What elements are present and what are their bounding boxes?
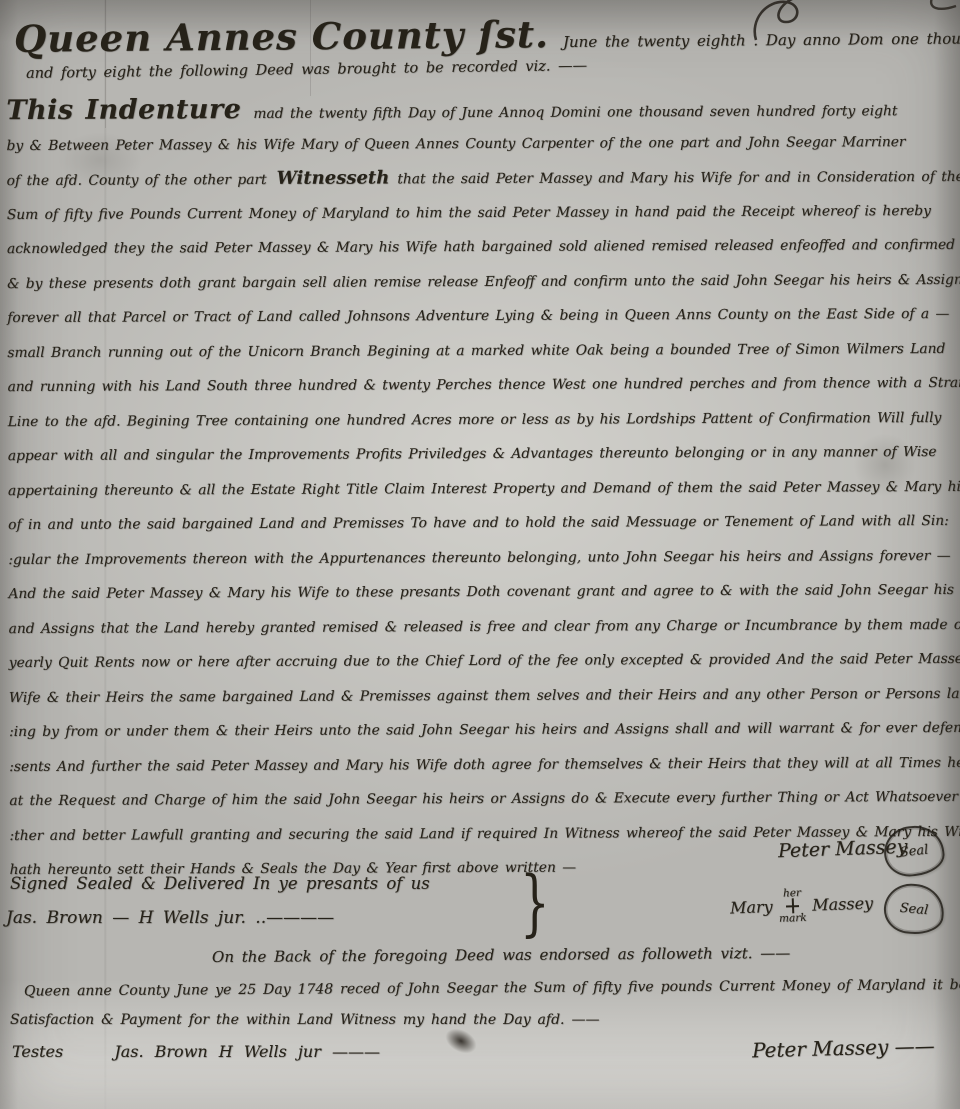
mary-first-name: Mary (730, 897, 773, 917)
deed-witnesseth-line: of the afd. County of the other partWitn… (7, 159, 953, 198)
recording-caption: Queen Annes County ſst.June the twenty e… (14, 7, 960, 61)
deed-body-line: Wife & their Heirs the same bargained La… (9, 676, 955, 715)
mary-surname: Massey (812, 894, 873, 915)
deed-body-line: Sum of fifty five Pounds Current Money o… (7, 193, 953, 232)
deed-body-line: :ing by from or under them & their Heirs… (9, 711, 955, 750)
deed-body-line: appertaining thereunto & all the Estate … (8, 469, 954, 508)
witness-names: Jas. Brown — H Wells jur. ..———— (6, 908, 334, 928)
deed-body-line: small Branch running out of the Unicorn … (7, 331, 953, 370)
endorsement-witness-names: Jas. Brown H Wells jur ——— (114, 1042, 380, 1061)
witness-attestation: Signed Sealed & Delivered In ye presants… (10, 874, 430, 893)
deed-body-line: :gular the Improvements thereon with the… (8, 538, 954, 577)
testes-label: Testes (12, 1042, 63, 1061)
attestation-brace: } (520, 860, 550, 944)
her-mark-stack: her mark (778, 888, 807, 924)
deed-body: This Indenturemad the twenty fifth Day o… (6, 90, 955, 888)
her-label: her (783, 888, 801, 899)
deed-body-line: by & Between Peter Massey & his Wife Mar… (6, 124, 952, 163)
deed-body-line: appear with all and singular the Improve… (8, 435, 954, 474)
endorsement-testes-row: Testes Jas. Brown H Wells jur ——— (12, 1042, 380, 1061)
endorsement-line: Queen anne County June ye 25 Day 1748 re… (24, 976, 960, 999)
deed-body-line: yearly Quit Rents now or here after accr… (9, 642, 955, 681)
deed-body-line: And the said Peter Massey & Mary his Wif… (8, 573, 954, 612)
deed-body-line: and Assigns that the Land hereby granted… (9, 607, 955, 646)
deed-opening-rest: mad the twenty fifth Day of June Annoq D… (253, 103, 897, 122)
her-mark-cross-icon (786, 898, 800, 913)
deed-body-line: and running with his Land South three hu… (7, 366, 953, 405)
witnesseth-word: Witnesseth (277, 167, 390, 188)
deed-body-line: :sents And further the said Peter Massey… (9, 745, 955, 784)
witnesseth-pre-text: of the afd. County of the other part (7, 172, 267, 189)
deed-body-line: forever all that Parcel or Tract of Land… (7, 297, 953, 336)
witnesseth-post-text: that the said Peter Massey and Mary his … (397, 169, 960, 187)
deed-body-line: of in and unto the said bargained Land a… (8, 504, 954, 543)
recording-date-text: June the twenty eighth . Day anno Dom on… (563, 28, 960, 51)
deed-body-line: at the Request and Charge of him the sai… (9, 780, 955, 819)
endorsement-heading: On the Back of the foregoing Deed was en… (212, 944, 790, 966)
county-heading: Queen Annes County ſst. (14, 12, 549, 61)
recording-caption-line2: and forty eight the following Deed was b… (26, 58, 587, 82)
deed-document-page: Queen Annes County ſst.June the twenty e… (0, 0, 960, 1109)
deed-opening-words: This Indenture (6, 94, 241, 126)
deed-opening-line: This Indenturemad the twenty fifth Day o… (6, 90, 952, 129)
deed-body-line: acknowledged they the said Peter Massey … (7, 228, 953, 267)
mary-massey-signature: Mary her mark Massey (729, 886, 873, 926)
endorsement-peter-signature: Peter Massey —— (752, 1034, 935, 1063)
mary-massey-seal: Seal (882, 881, 946, 936)
endorsement-line: Satisfaction & Payment for the within La… (10, 1012, 599, 1028)
mark-label: mark (779, 913, 807, 924)
deed-body-line: Line to the afd. Begining Tree containin… (8, 400, 954, 439)
deed-body-line: & by these presents doth grant bargain s… (7, 262, 953, 301)
